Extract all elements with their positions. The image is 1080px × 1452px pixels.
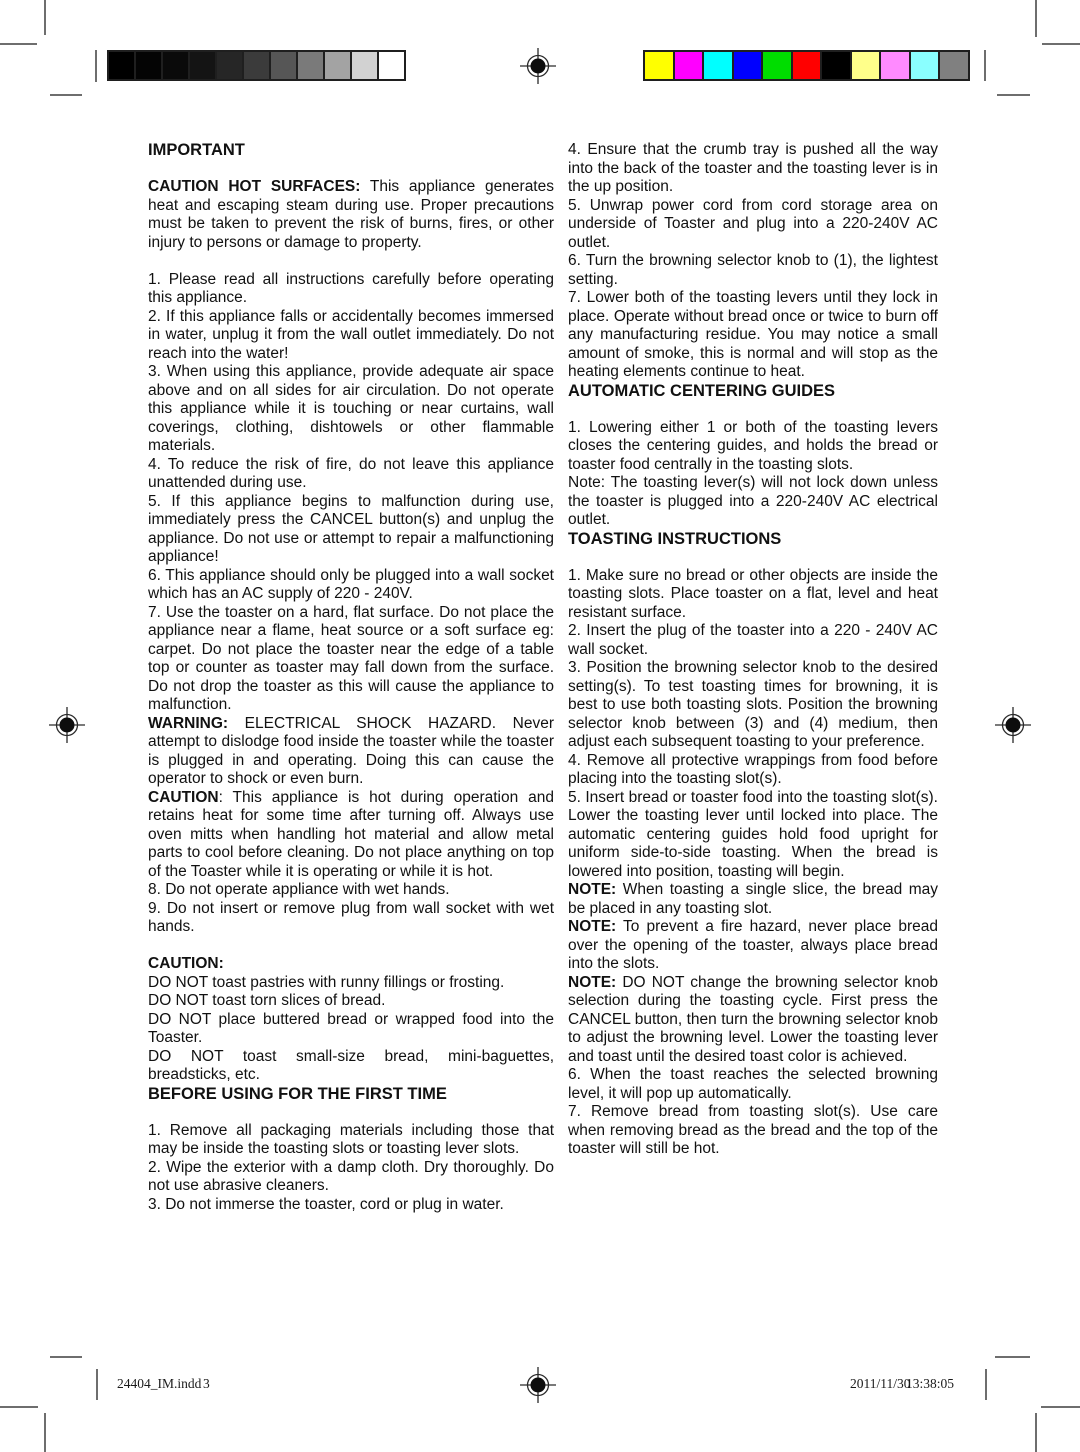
setup-item: 4. Ensure that the crumb tray is pushed …	[568, 141, 938, 197]
crop-mark	[1041, 1406, 1080, 1408]
registration-mark-icon	[995, 707, 1031, 743]
crop-mark	[0, 43, 37, 45]
color-swatch	[732, 50, 764, 81]
before-using-item: 3. Do not immerse the toaster, cord or p…	[148, 1196, 554, 1215]
registration-mark-icon	[520, 48, 556, 84]
grayscale-swatch	[323, 50, 352, 81]
color-swatch	[850, 50, 882, 81]
safety-item: 7. Use the toaster on a hard, flat surfa…	[148, 604, 554, 715]
before-using-item: 2. Wipe the exterior with a damp cloth. …	[148, 1159, 554, 1196]
footer-page-number: 3	[203, 1376, 210, 1392]
color-swatch	[909, 50, 941, 81]
grayscale-swatch	[377, 50, 406, 81]
color-calibration-bar	[643, 50, 970, 81]
do-not-item: DO NOT toast pastries with runny filling…	[148, 974, 554, 993]
caution-operation-paragraph: CAUTION: This appliance is hot during op…	[148, 789, 554, 882]
toasting-paragraph: 5. Insert bread or toaster food into the…	[568, 789, 938, 882]
color-swatch	[673, 50, 705, 81]
crop-mark	[44, 0, 46, 35]
grayscale-swatch	[188, 50, 217, 81]
do-not-item: DO NOT toast torn slices of bread.	[148, 992, 554, 1011]
paragraph-bold-lead: CAUTION HOT SURFACES:	[148, 178, 360, 195]
toasting-paragraph: 6. When the toast reaches the selected b…	[568, 1066, 938, 1103]
manual-text: IMPORTANT CAUTION HOT SURFACES: This app…	[148, 141, 938, 1214]
color-swatch	[791, 50, 823, 81]
grayscale-swatch	[269, 50, 298, 81]
crop-mark	[997, 94, 1030, 96]
safety-item: 4. To reduce the risk of fire, do not le…	[148, 456, 554, 493]
safety-item: 8. Do not operate appliance with wet han…	[148, 881, 554, 900]
crop-mark	[1035, 1413, 1037, 1452]
toasting-paragraph: 3. Position the browning selector knob t…	[568, 659, 938, 752]
safety-item: 1. Please read all instructions carefull…	[148, 271, 554, 308]
toasting-paragraph: NOTE: To prevent a fire hazard, never pl…	[568, 918, 938, 974]
color-swatch	[761, 50, 793, 81]
left-column: IMPORTANT CAUTION HOT SURFACES: This app…	[148, 141, 554, 1214]
do-not-item: DO NOT place buttered bread or wrapped f…	[148, 1011, 554, 1048]
color-swatch	[643, 50, 675, 81]
paragraph-bold-lead: NOTE:	[568, 881, 616, 898]
before-using-item: 1. Remove all packaging materials includ…	[148, 1122, 554, 1159]
centering-paragraph: 1. Lowering either 1 or both of the toas…	[568, 419, 938, 475]
section-heading-centering-guides: AUTOMATIC CENTERING GUIDES	[568, 382, 938, 401]
grayscale-swatch	[350, 50, 379, 81]
section-heading-toasting: TOASTING INSTRUCTIONS	[568, 530, 938, 549]
paragraph-bold-lead: NOTE:	[568, 918, 616, 935]
setup-item: 6. Turn the browning selector knob to (1…	[568, 252, 938, 289]
grayscale-swatch	[242, 50, 271, 81]
setup-item: 7. Lower both of the toasting levers unt…	[568, 289, 938, 382]
toasting-paragraph: 7. Remove bread from toasting slot(s). U…	[568, 1103, 938, 1159]
grayscale-swatch	[296, 50, 325, 81]
section-heading-before-using: BEFORE USING FOR THE FIRST TIME	[148, 1085, 554, 1104]
toasting-paragraph: NOTE: When toasting a single slice, the …	[568, 881, 938, 918]
do-not-item: DO NOT toast small-size bread, mini-bagu…	[148, 1048, 554, 1085]
paragraph-bold-lead: WARNING:	[148, 715, 228, 732]
safety-item: 9. Do not insert or remove plug from wal…	[148, 900, 554, 937]
footer: 24404_IM.indd 3 2011/11/30 13:38:05	[0, 1376, 1080, 1396]
safety-item: 6. This appliance should only be plugged…	[148, 567, 554, 604]
caution-hot-surfaces-paragraph: CAUTION HOT SURFACES: This appliance gen…	[148, 178, 554, 252]
safety-item: 5. If this appliance begins to malfuncti…	[148, 493, 554, 567]
footer-date: 2011/11/30	[850, 1376, 911, 1392]
crop-mark	[995, 1356, 1030, 1358]
color-swatch	[702, 50, 734, 81]
caution-label: CAUTION:	[148, 955, 554, 974]
paragraph-bold-lead: NOTE:	[568, 974, 616, 991]
safety-item: 3. When using this appliance, provide ad…	[148, 363, 554, 456]
crop-mark	[0, 1406, 38, 1408]
toasting-paragraph: 2. Insert the plug of the toaster into a…	[568, 622, 938, 659]
crop-mark	[1042, 43, 1080, 45]
grayscale-calibration-bar	[107, 50, 406, 81]
crop-mark	[1035, 0, 1037, 37]
toasting-paragraph: 1. Make sure no bread or other objects a…	[568, 567, 938, 623]
section-heading-important: IMPORTANT	[148, 141, 554, 160]
color-swatch	[820, 50, 852, 81]
scanned-manual-page: IMPORTANT CAUTION HOT SURFACES: This app…	[0, 0, 1080, 1452]
crop-mark	[95, 50, 97, 82]
setup-item: 5. Unwrap power cord from cord storage a…	[568, 197, 938, 253]
grayscale-swatch	[134, 50, 163, 81]
paragraph-bold-lead: CAUTION	[148, 789, 219, 806]
grayscale-swatch	[215, 50, 244, 81]
footer-time: 13:38:05	[906, 1376, 954, 1392]
registration-mark-icon	[49, 707, 85, 743]
footer-filename: 24404_IM.indd	[117, 1376, 201, 1392]
grayscale-swatch	[107, 50, 136, 81]
centering-paragraph: Note: The toasting lever(s) will not loc…	[568, 474, 938, 530]
warning-paragraph: WARNING: ELECTRICAL SHOCK HAZARD. Never …	[148, 715, 554, 789]
toasting-paragraph: 4. Remove all protective wrappings from …	[568, 752, 938, 789]
color-swatch	[879, 50, 911, 81]
crop-mark	[50, 94, 82, 96]
safety-item: 2. If this appliance falls or accidental…	[148, 308, 554, 364]
right-column: 4. Ensure that the crumb tray is pushed …	[568, 141, 938, 1214]
color-swatch	[938, 50, 970, 81]
crop-mark	[984, 50, 986, 81]
crop-mark	[50, 1356, 82, 1358]
crop-mark	[44, 1413, 46, 1452]
toasting-paragraph: NOTE: DO NOT change the browning selecto…	[568, 974, 938, 1067]
grayscale-swatch	[161, 50, 190, 81]
